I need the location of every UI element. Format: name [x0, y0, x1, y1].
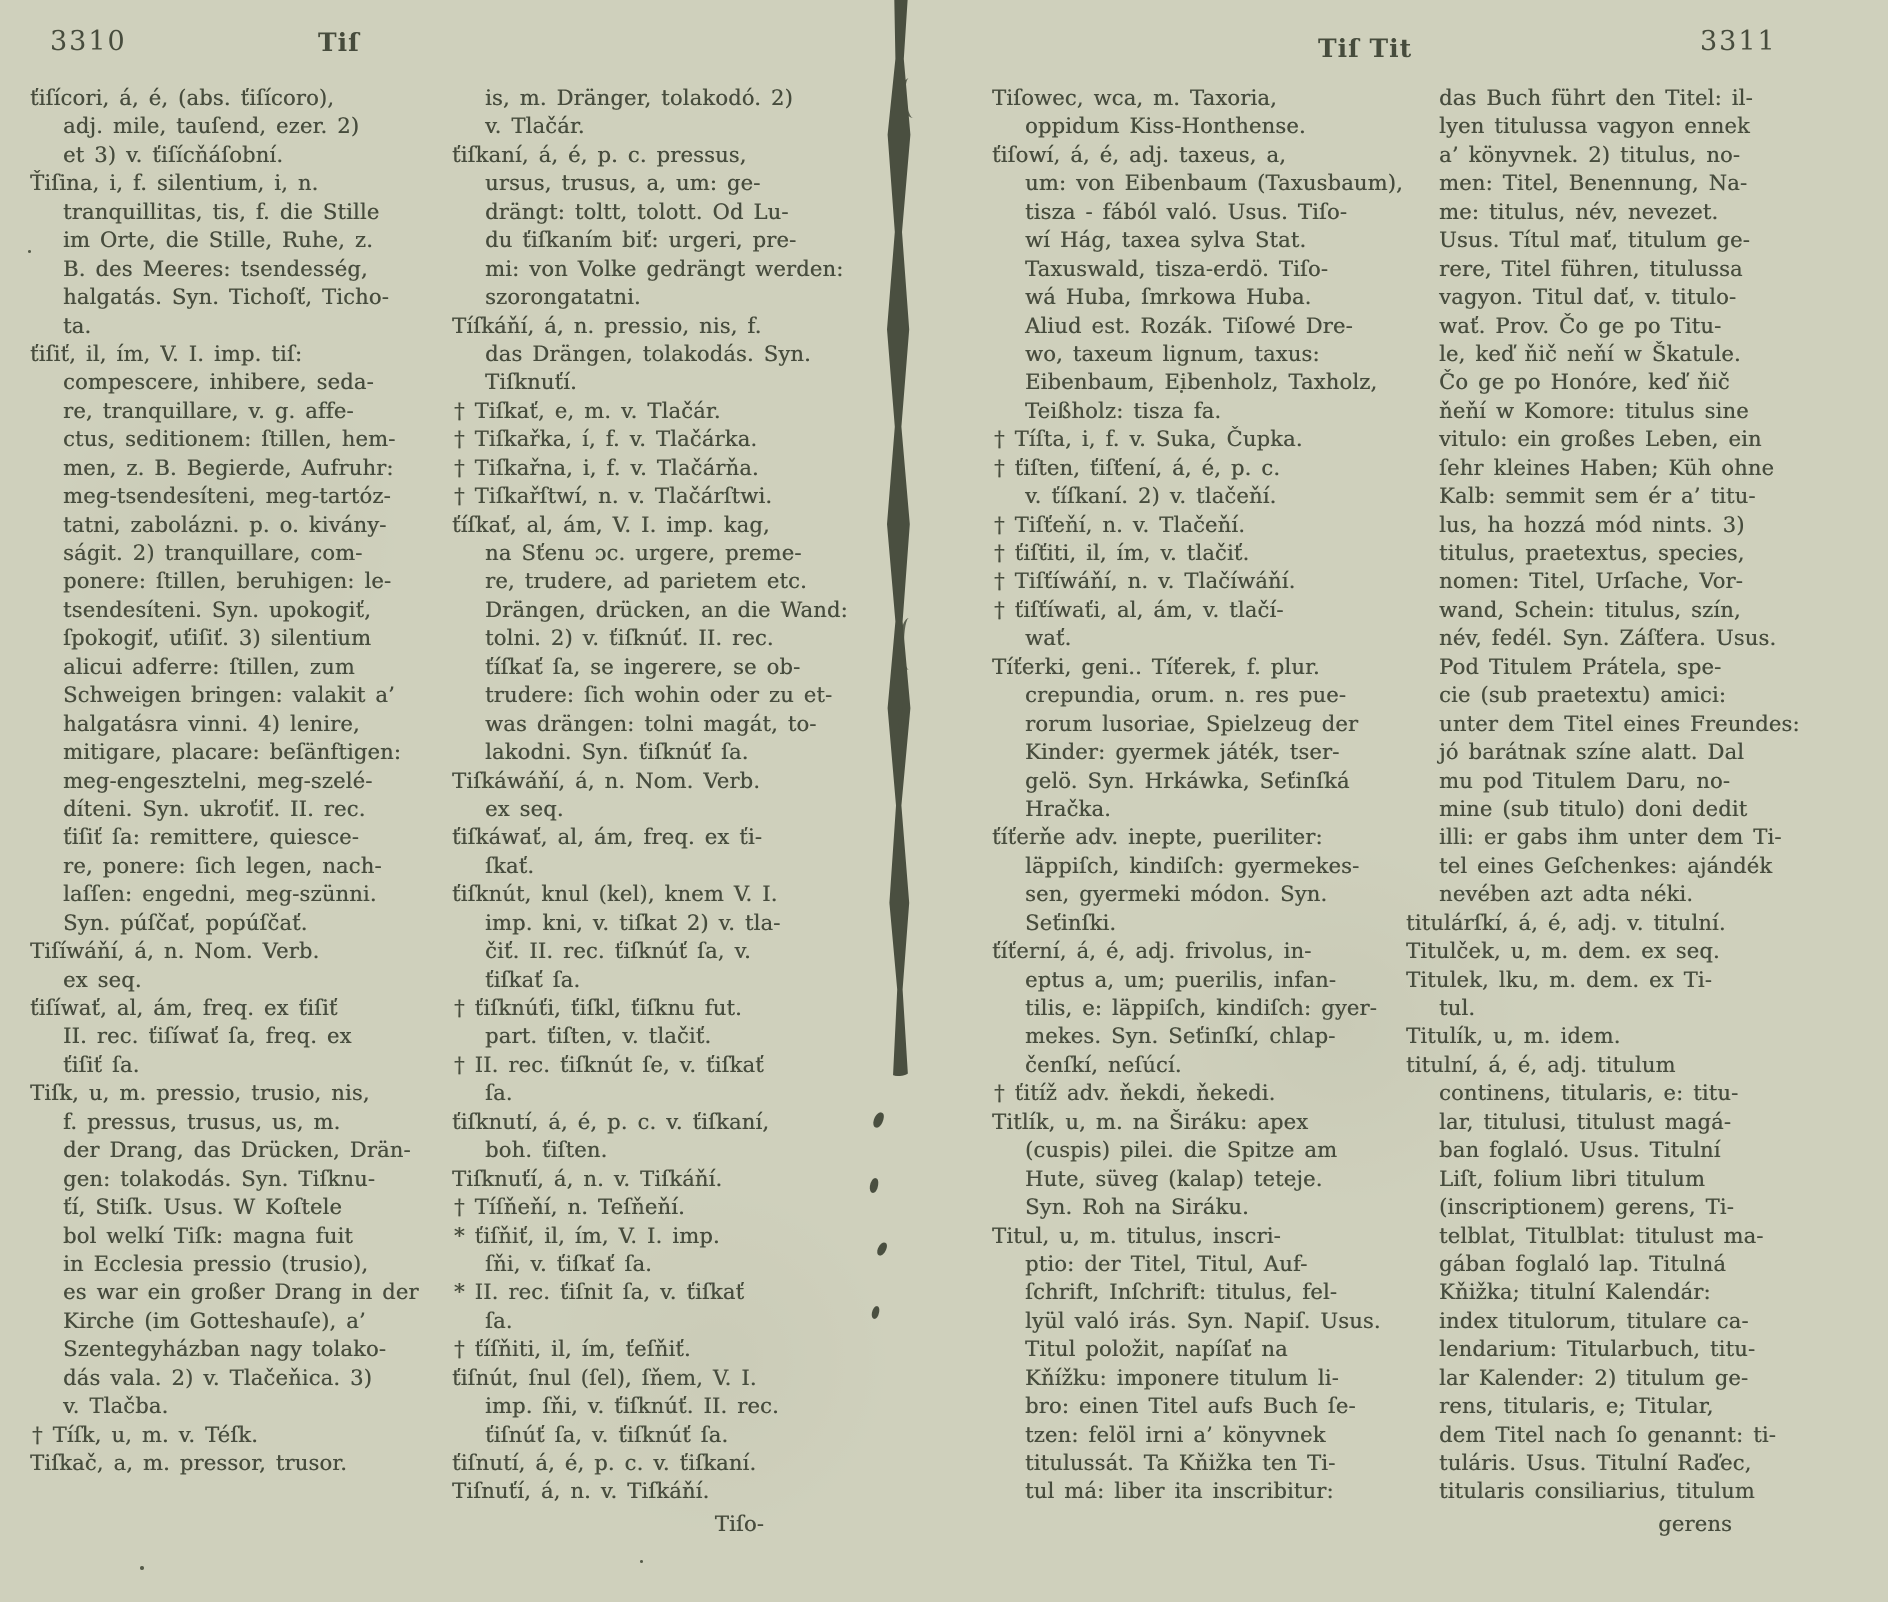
text-line: cie (sub praetextu) amici:: [1406, 681, 1802, 709]
text-line: Kňižka; titulní Kalendár:: [1406, 1278, 1802, 1306]
text-line: (inscriptionem) gerens, Ti-: [1406, 1193, 1802, 1221]
text-line: Tiſknuťí.: [452, 368, 834, 396]
text-line: imp. ſňi, v. ťiſknúť. II. rec.: [452, 1392, 834, 1420]
text-line: tul.: [1406, 994, 1802, 1022]
text-line: Syn. púſčať, popúſčať.: [30, 909, 430, 937]
text-line: ex seq.: [30, 966, 430, 994]
text-line: index titulorum, titulare ca-: [1406, 1307, 1802, 1335]
page-number-right: 3311: [1700, 26, 1777, 57]
text-line: ťiſnutí, á, é, p. c. v. ťiſkaní.: [452, 1449, 834, 1477]
column-3: Tiſowec, wca, m. Taxoria,oppidum Kiss-Ho…: [992, 84, 1374, 1506]
ink-blot: [900, 618, 918, 670]
text-line: Titulček, u, m. dem. ex seq.: [1406, 937, 1802, 965]
text-line: ťiſknút, knul (kel), knem V. I.: [452, 880, 834, 908]
text-line: f. pressus, trusus, us, m.: [30, 1108, 430, 1136]
running-title-right: Tiſ Tit: [1318, 34, 1412, 63]
text-line: tolni. 2) v. ťiſknúť. II. rec.: [452, 624, 834, 652]
text-line: men, z. B. Begierde, Aufruhr:: [30, 454, 430, 482]
text-line: ťíſkať, al, ám, V. I. imp. kag,: [452, 511, 834, 539]
text-line: titularis consiliarius, titulum: [1406, 1477, 1802, 1505]
text-line: im Orte, die Stille, Ruhe, z.: [30, 226, 430, 254]
text-line: telblat, Titulblat: titulust ma-: [1406, 1222, 1802, 1250]
text-line: re, tranquillare, v. g. affe-: [30, 397, 430, 425]
text-line: ban foglaló. Usus. Titulní: [1406, 1136, 1802, 1164]
text-line: Čo ge po Honóre, keď ňič: [1406, 368, 1802, 396]
text-line: bol welkí Tiſk: magna fuit: [30, 1222, 430, 1250]
text-line: um: von Eibenbaum (Taxusbaum),: [992, 169, 1374, 197]
text-line: lar Kalender: 2) titulum ge-: [1406, 1364, 1802, 1392]
text-line: trudere: ſich wohin oder zu et-: [452, 681, 834, 709]
text-line: Tíťerki, geni.. Tíťerek, f. plur.: [992, 653, 1374, 681]
text-line: continens, titularis, e: titu-: [1406, 1079, 1802, 1107]
ink-blot: [872, 1111, 886, 1129]
text-line: v. Tlačba.: [30, 1392, 430, 1420]
text-line: ptio: der Titel, Titul, Auf-: [992, 1250, 1374, 1278]
text-line: Tiſowec, wca, m. Taxoria,: [992, 84, 1374, 112]
text-line: du ťiſkaním biť: urgeri, pre-: [452, 226, 834, 254]
text-line: gában foglaló lap. Titulná: [1406, 1250, 1802, 1278]
text-line: ťíſkať ſa, se ingerere, se ob-: [452, 653, 834, 681]
text-line: Tiſknuťí, á, n. v. Tiſkáňí.: [452, 1165, 834, 1193]
text-line: mu pod Titulem Daru, no-: [1406, 767, 1802, 795]
text-line: tisza - fából való. Usus. Tiſo-: [992, 198, 1374, 226]
text-line: ta.: [30, 312, 430, 340]
ink-blot: [871, 1305, 880, 1319]
text-line: † ťiſťíwaťi, al, ám, v. tlačí-: [992, 596, 1374, 624]
text-line: Syn. Roh na Siráku.: [992, 1193, 1374, 1221]
text-line: † ťiſknúťi, ťiſkl, ťiſknu fut.: [452, 994, 834, 1022]
text-line: gelö. Syn. Hrkáwka, Seťinſká: [992, 767, 1374, 795]
text-line: ťíťerní, á, é, adj. frivolus, in-: [992, 937, 1374, 965]
text-line: † Tiſkať, e, m. v. Tlačár.: [452, 397, 834, 425]
text-line: ťiſkáwať, al, ám, freq. ex ťi-: [452, 823, 834, 851]
text-line: Eibenbaum, Eibenholz, Taxholz,: [992, 368, 1374, 396]
text-line: tzen: felöl irni a’ könyvnek: [992, 1421, 1374, 1449]
scanned-dictionary-spread: { "left_page": { "page_number": "3310", …: [0, 0, 1888, 1602]
text-line: Tíſkáňí, á, n. pressio, nis, f.: [452, 312, 834, 340]
text-line: wo, taxeum lignum, taxus:: [992, 340, 1374, 368]
text-line: Aliud est. Rozák. Tiſowé Dre-: [992, 312, 1374, 340]
column-4: das Buch führt den Titel: il-lyen titulu…: [1406, 84, 1802, 1538]
text-line: gen: tolakodás. Syn. Tiſknu-: [30, 1165, 430, 1193]
text-line: čenſkí, neſúcí.: [992, 1051, 1374, 1079]
catchword: gerens: [1406, 1510, 1802, 1538]
text-line: me: titulus, név, nevezet.: [1406, 198, 1802, 226]
text-line: tranquillitas, tis, f. die Stille: [30, 198, 430, 226]
text-line: et 3) v. ťiſícňáſobní.: [30, 141, 430, 169]
text-line: Szentegyházban nagy tolako-: [30, 1335, 430, 1363]
text-line: ťiſkaní, á, é, p. c. pressus,: [452, 141, 834, 169]
text-line: ťiſkať ſa.: [452, 966, 834, 994]
text-line: † ťitíž adv. ňekdi, ňekedi.: [992, 1079, 1374, 1107]
text-line: wand, Schein: titulus, szín,: [1406, 596, 1802, 624]
text-line: titulárſkí, á, é, adj. v. titulní.: [1406, 909, 1802, 937]
text-line: † ťiſten, ťiſťení, á, é, p. c.: [992, 454, 1374, 482]
text-line: Drängen, drücken, an die Wand:: [452, 596, 834, 624]
text-line: ſa.: [452, 1307, 834, 1335]
text-line: † Tiſťíwáňí, n. v. Tlačíwáňí.: [992, 567, 1374, 595]
text-line: halgatás. Syn. Tichoſť, Ticho-: [30, 283, 430, 311]
text-line: alicui adferre: ſtillen, zum: [30, 653, 430, 681]
text-line: oppidum Kiss-Honthense.: [992, 112, 1374, 140]
text-line: crepundia, orum. n. res pue-: [992, 681, 1374, 709]
text-line: das Drängen, tolakodás. Syn.: [452, 340, 834, 368]
text-line: unter dem Titel eines Freundes:: [1406, 710, 1802, 738]
text-line: Seťinſki.: [992, 909, 1374, 937]
text-line: † Tíſňeňí, n. Teſňeňí.: [452, 1193, 834, 1221]
text-line: † Tíſta, i, f. v. Suka, Čupka.: [992, 425, 1374, 453]
text-line: ſehr kleines Haben; Küh ohne: [1406, 454, 1802, 482]
page-number-left: 3310: [50, 26, 127, 57]
text-line: jó barátnak színe alatt. Dal: [1406, 738, 1802, 766]
text-line: rere, Titel führen, titulussa: [1406, 255, 1802, 283]
text-line: † Tiſkařſtwí, n. v. Tlačárſtwi.: [452, 482, 834, 510]
text-line: † Tíſk, u, m. v. Téſk.: [30, 1421, 430, 1449]
text-line: szorongatatni.: [452, 283, 834, 311]
text-line: meg-engesztelni, meg-szelé-: [30, 767, 430, 795]
text-line: ťiſnúť ſa, v. ťiſknúť ſa.: [452, 1421, 834, 1449]
catchword: Tiſo-: [452, 1510, 834, 1538]
text-line: v. ťíſkaní. 2) v. tlačeňí.: [992, 482, 1374, 510]
page-speck: [1180, 390, 1183, 393]
text-line: * ťiſňiť, il, ím, V. I. imp.: [452, 1222, 834, 1250]
text-line: mine (sub titulo) doni dedit: [1406, 795, 1802, 823]
text-line: part. ťiſten, v. tlačiť.: [452, 1022, 834, 1050]
text-line: vagyon. Titul dať, v. titulo-: [1406, 283, 1802, 311]
text-line: ex seq.: [452, 795, 834, 823]
text-line: das Buch führt den Titel: il-: [1406, 84, 1802, 112]
text-line: mekes. Syn. Seťinſkí, chlap-: [992, 1022, 1374, 1050]
text-line: illi: er gabs ihm unter dem Ti-: [1406, 823, 1802, 851]
text-line: compescere, inhibere, seda-: [30, 368, 430, 396]
text-line: na Sťenu ɔc. urgere, preme-: [452, 539, 834, 567]
text-line: is, m. Dränger, tolakodó. 2): [452, 84, 834, 112]
text-line: laſſen: engedni, meg-szünni.: [30, 880, 430, 908]
text-line: név, fedél. Syn. Záſťera. Usus.: [1406, 624, 1802, 652]
text-line: ťí, Stiſk. Usus. W Koſtele: [30, 1193, 430, 1221]
page-speck: [28, 250, 31, 253]
text-line: tatni, zabolázni. p. o. kivány-: [30, 511, 430, 539]
text-line: vitulo: ein großes Leben, ein: [1406, 425, 1802, 453]
text-line: Taxuswald, tisza-erdö. Tiſo-: [992, 255, 1374, 283]
text-line: čiť. II. rec. ťiſknúť ſa, v.: [452, 937, 834, 965]
text-line: lakodni. Syn. ťiſknúť ſa.: [452, 738, 834, 766]
text-line: le, keď ňič neňí w Škatule.: [1406, 340, 1802, 368]
text-line: lar, titulusi, titulust magá-: [1406, 1108, 1802, 1136]
text-line: boh. ťiſten.: [452, 1136, 834, 1164]
text-line: Kinder: gyermek játék, tser-: [992, 738, 1374, 766]
text-line: Hute, süveg (kalap) teteje.: [992, 1165, 1374, 1193]
text-line: lendarium: Titularbuch, titu-: [1406, 1335, 1802, 1363]
text-line: ťiſiť ſa.: [30, 1051, 430, 1079]
text-line: Titulík, u, m. idem.: [1406, 1022, 1802, 1050]
text-line: Titul, u, m. titulus, inscri-: [992, 1222, 1374, 1250]
text-line: lus, ha hozzá mód nints. 3): [1406, 511, 1802, 539]
text-line: ťiſknutí, á, é, p. c. v. ťiſkaní,: [452, 1108, 834, 1136]
text-line: rens, titularis, e; Titular,: [1406, 1392, 1802, 1420]
text-line: Tiſkáwáňí, á, n. Nom. Verb.: [452, 767, 834, 795]
text-line: nomen: Titel, Urſache, Vor-: [1406, 567, 1802, 595]
text-line: tuláris. Usus. Titulní Raďec,: [1406, 1449, 1802, 1477]
text-line: adj. mile, tauſend, ezer. 2): [30, 112, 430, 140]
text-line: tilis, e: läppiſch, kindiſch: gyer-: [992, 994, 1374, 1022]
text-line: ťiſiť, il, ím, V. I. imp. tiſ:: [30, 340, 430, 368]
text-line: Titlík, u, m. na Širáku: apex: [992, 1108, 1374, 1136]
text-line: II. rec. ťiſíwať ſa, freq. ex: [30, 1022, 430, 1050]
text-line: drängt: toltt, tolott. Od Lu-: [452, 198, 834, 226]
ink-blot: [876, 1241, 889, 1257]
text-line: dás vala. 2) v. Tlačeňica. 3): [30, 1364, 430, 1392]
text-line: † Tiſkařna, i, f. v. Tlačárňa.: [452, 454, 834, 482]
text-line: ponere: ſtillen, beruhigen: le-: [30, 567, 430, 595]
text-line: lyül való irás. Syn. Napiſ. Usus.: [992, 1307, 1374, 1335]
text-line: imp. kni, v. tiſkat 2) v. tla-: [452, 909, 834, 937]
text-line: ſa.: [452, 1079, 834, 1107]
text-line: Tiſnuťí, á, n. v. Tiſkáňí.: [452, 1477, 834, 1505]
text-line: wí Hág, taxea sylva Stat.: [992, 226, 1374, 254]
column-2: is, m. Dränger, tolakodó. 2)v. Tlačár.ťi…: [452, 84, 834, 1538]
text-line: was drängen: tolni magát, to-: [452, 710, 834, 738]
text-line: tel eines Geſchenkes: ajándék: [1406, 852, 1802, 880]
text-line: der Drang, das Drücken, Drän-: [30, 1136, 430, 1164]
text-line: ťiſíwať, al, ám, freq. ex ťiſiť: [30, 994, 430, 1022]
text-line: halgatásra vinni. 4) lenire,: [30, 710, 430, 738]
text-line: tsendesíteni. Syn. upokogiť,: [30, 596, 430, 624]
text-line: mi: von Volke gedrängt werden:: [452, 255, 834, 283]
text-line: Pod Titulem Prátela, spe-: [1406, 653, 1802, 681]
text-line: wať.: [992, 624, 1374, 652]
text-line: läppiſch, kindiſch: gyermekes-: [992, 852, 1374, 880]
page-speck: [140, 1566, 144, 1570]
text-line: † Tiſťeňí, n. v. Tlačeňí.: [992, 511, 1374, 539]
text-line: Teißholz: tisza fa.: [992, 397, 1374, 425]
text-line: ťiſnút, ſnul (ſel), ſňem, V. I.: [452, 1364, 834, 1392]
text-line: Liſt, folium libri titulum: [1406, 1165, 1802, 1193]
text-line: Kirche (im Gotteshauſe), a’: [30, 1307, 430, 1335]
text-line: titulní, á, é, adj. titulum: [1406, 1051, 1802, 1079]
text-line: ſpokogiť, uťiſiť. 3) silentium: [30, 624, 430, 652]
text-line: † II. rec. ťiſknút ſe, v. ťiſkať: [452, 1051, 834, 1079]
text-line: díteni. Syn. ukroťiť. II. rec.: [30, 795, 430, 823]
text-line: lyen titulussa vagyon ennek: [1406, 112, 1802, 140]
text-line: ſchrift, Inſchrift: titulus, fel-: [992, 1278, 1374, 1306]
text-line: ťiſowí, á, é, adj. taxeus, a,: [992, 141, 1374, 169]
text-line: dem Titel nach ſo genannt: ti-: [1406, 1421, 1802, 1449]
text-line: rorum lusoriae, Spielzeug der: [992, 710, 1374, 738]
text-line: ťiſiť ſa: remittere, quiesce-: [30, 823, 430, 851]
text-line: titulus, praetextus, species,: [1406, 539, 1802, 567]
text-line: Schweigen bringen: valakit a’: [30, 681, 430, 709]
text-line: bro: einen Titel aufs Buch ſe-: [992, 1392, 1374, 1420]
text-line: † ťiſťiti, il, ím, v. tlačiť.: [992, 539, 1374, 567]
text-line: Usus. Títul mať, titulum ge-: [1406, 226, 1802, 254]
text-line: wá Huba, ſmrkowa Huba.: [992, 283, 1374, 311]
text-line: ságit. 2) tranquillare, com-: [30, 539, 430, 567]
page-speck: [640, 1560, 643, 1563]
text-line: ňeňí w Komore: titulus sine: [1406, 397, 1802, 425]
book-binding-shadow: [884, 0, 914, 1076]
text-line: ſkať.: [452, 852, 834, 880]
text-line: men: Titel, Benennung, Na-: [1406, 169, 1802, 197]
ink-blot: [869, 1178, 879, 1194]
text-line: eptus a, um; puerilis, infan-: [992, 966, 1374, 994]
text-line: Titul položit, napíſať na: [992, 1335, 1374, 1363]
text-line: re, trudere, ad parietem etc.: [452, 567, 834, 595]
text-line: † Tiſkařka, í, f. v. Tlačárka.: [452, 425, 834, 453]
text-line: Tiſk, u, m. pressio, trusio, nis,: [30, 1079, 430, 1107]
text-line: re, ponere: ſich legen, nach-: [30, 852, 430, 880]
text-line: Kňížku: imponere titulum li-: [992, 1364, 1374, 1392]
text-line: mitigare, placare: beſänftigen:: [30, 738, 430, 766]
text-line: sen, gyermeki módon. Syn.: [992, 880, 1374, 908]
text-line: wať. Prov. Čo ge po Titu-: [1406, 312, 1802, 340]
text-line: titulussát. Ta Kňižka ten Ti-: [992, 1449, 1374, 1477]
text-line: Tiſíwáňí, á, n. Nom. Verb.: [30, 937, 430, 965]
text-line: meg-tsendesíteni, meg-tartóz-: [30, 482, 430, 510]
text-line: v. Tlačár.: [452, 112, 834, 140]
text-line: † ťíſňiti, il, ím, ťeſňiť.: [452, 1335, 834, 1363]
text-line: Kalb: semmit sem ér a’ titu-: [1406, 482, 1802, 510]
text-line: nevében azt adta néki.: [1406, 880, 1802, 908]
text-line: Ťiſina, i, f. silentium, i, n.: [30, 169, 430, 197]
text-line: in Ecclesia pressio (trusio),: [30, 1250, 430, 1278]
column-1: ťiſícori, á, é, (abs. ťiſícoro),adj. mil…: [30, 84, 430, 1477]
text-line: tul má: liber ita inscribitur:: [992, 1477, 1374, 1505]
text-line: Hračka.: [992, 795, 1374, 823]
text-line: * II. rec. ťiſnit ſa, v. ťiſkať: [452, 1278, 834, 1306]
text-line: (cuspis) pilei. die Spitze am: [992, 1136, 1374, 1164]
text-line: es war ein großer Drang in der: [30, 1278, 430, 1306]
text-line: B. des Meeres: tsendesség,: [30, 255, 430, 283]
text-line: ťíťerňe adv. inepte, pueriliter:: [992, 823, 1374, 851]
text-line: ſňi, v. ťiſkať ſa.: [452, 1250, 834, 1278]
text-line: Titulek, lku, m. dem. ex Ti-: [1406, 966, 1802, 994]
text-line: Tiſkač, a, m. pressor, trusor.: [30, 1449, 430, 1477]
text-line: a’ könyvnek. 2) titulus, no-: [1406, 141, 1802, 169]
text-line: ťiſícori, á, é, (abs. ťiſícoro),: [30, 84, 430, 112]
running-title-left: Tiſ: [318, 28, 360, 57]
text-line: ursus, trusus, a, um: ge-: [452, 169, 834, 197]
text-line: ctus, seditionem: ſtillen, hem-: [30, 425, 430, 453]
